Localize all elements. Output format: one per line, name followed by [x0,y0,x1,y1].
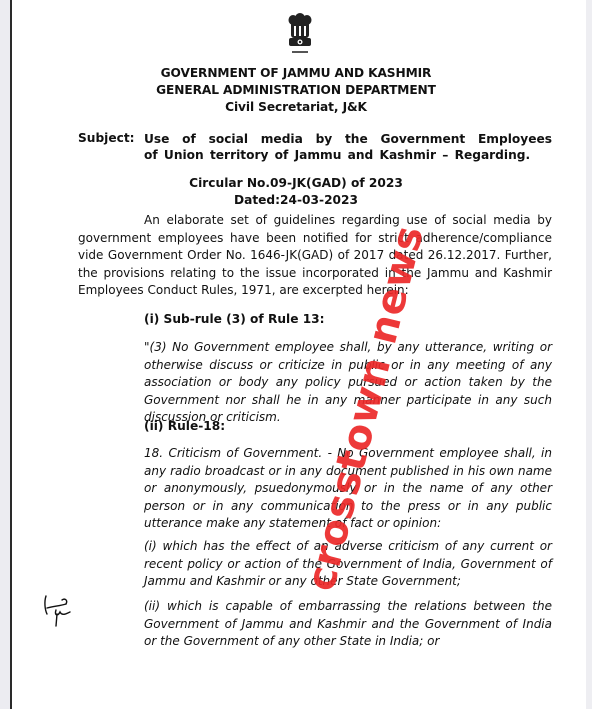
government-title: GOVERNMENT OF JAMMU AND KASHMIR [0,66,592,80]
rule-13-text: "(3) No Government employee shall, by an… [144,339,552,427]
rule-18-clause-i: (i) which has the effect of an adverse c… [144,538,552,591]
subject-line-1: Use of social media by the Government Em… [144,131,552,148]
subject-line-2: of Union territory of Jammu and Kashmir … [144,148,530,162]
office-address: Civil Secretariat, J&K [0,100,592,114]
intro-paragraph: An elaborate set of guidelines regarding… [78,212,552,300]
national-emblem-icon [283,8,317,60]
circular-number: Circular No.09-JK(GAD) of 2023 [0,176,592,190]
rule-18-clause-ii: (ii) which is capable of embarrassing th… [144,598,552,651]
handwritten-signature-icon [40,592,80,636]
rule-heading-18: (ii) Rule-18: [144,419,225,433]
subject-label: Subject: [78,131,135,145]
rule-heading-13: (i) Sub-rule (3) of Rule 13: [144,312,325,326]
department-title: GENERAL ADMINISTRATION DEPARTMENT [0,83,592,97]
circular-date: Dated:24-03-2023 [0,193,592,207]
rule-18-text: 18. Criticism of Government. - No Govern… [144,445,552,533]
